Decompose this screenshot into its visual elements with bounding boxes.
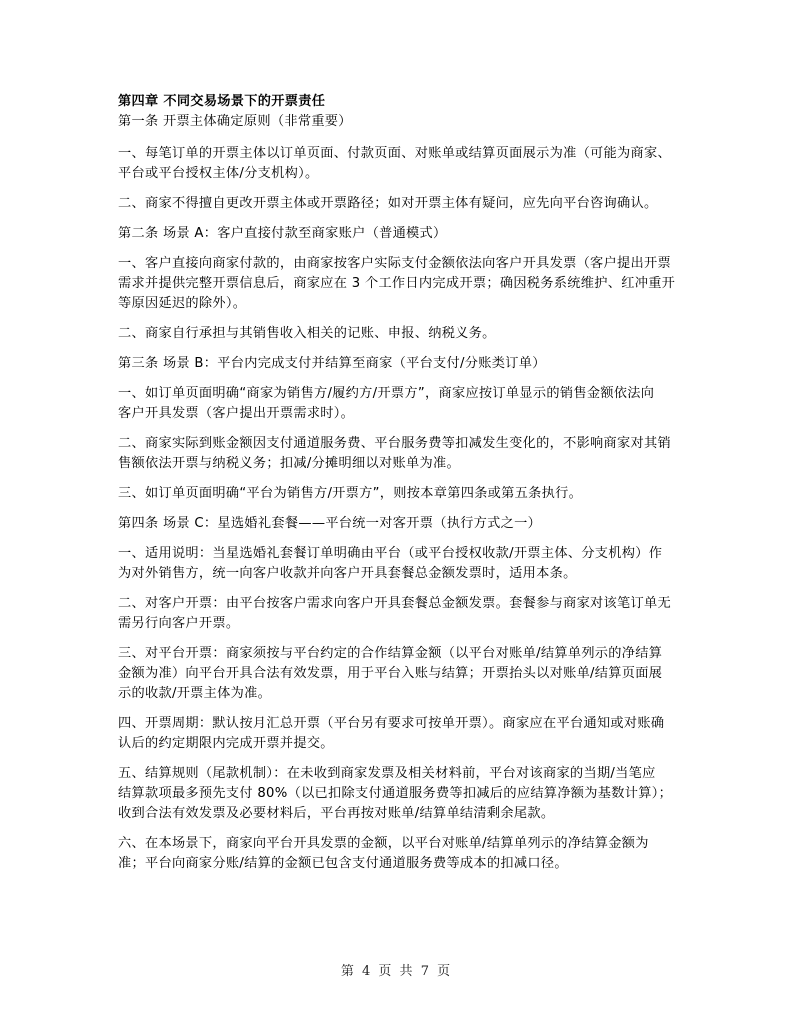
paragraph: 二、商家实际到账金额因支付通道服务费、平台服务费等扣减发生变化的，不影响商家对其… (118, 434, 670, 474)
paragraph-line: 收到合法有效发票及必要材料后，平台再按对账单/结算单结清剩余尾款。 (118, 804, 670, 824)
paragraph: 五、结算规则（尾款机制）：在未收到商家发票及相关材料前，平台对该商家的当期/当笔… (118, 764, 670, 824)
chapter-title: 第四章 不同交易场景下的开票责任 (118, 92, 670, 112)
paragraph-line: 五、结算规则（尾款机制）：在未收到商家发票及相关材料前，平台对该商家的当期/当笔… (118, 764, 670, 784)
paragraph-line: 一、客户直接向商家付款的，由商家按客户实际支付金额依法向客户开具发票（客户提出开… (118, 254, 670, 274)
paragraph-line: 二、商家实际到账金额因支付通道服务费、平台服务费等扣减发生变化的，不影响商家对其… (118, 434, 670, 454)
paragraph: 三、如订单页面明确“平台为销售方/开票方”，则按本章第四条或第五条执行。 (118, 484, 670, 504)
paragraph: 二、对客户开票：由平台按客户需求向客户开具套餐总金额发票。套餐参与商家对该笔订单… (118, 594, 670, 634)
paragraph-line: 客户开具发票（客户提出开票需求时）。 (118, 404, 670, 424)
paragraph-line: 三、对平台开票：商家须按与平台约定的合作结算金额（以平台对账单/结算单列示的净结… (118, 644, 670, 664)
paragraph-line: 等原因延迟的除外）。 (118, 294, 670, 314)
paragraph: 二、商家自行承担与其销售收入相关的记账、申报、纳税义务。 (118, 324, 670, 344)
paragraph: 一、每笔订单的开票主体以订单页面、付款页面、对账单或结算页面展示为准（可能为商家… (118, 144, 670, 184)
paragraph-line: 二、对客户开票：由平台按客户需求向客户开具套餐总金额发票。套餐参与商家对该笔订单… (118, 594, 670, 614)
paragraph-line: 认后的约定期限内完成开票并提交。 (118, 734, 670, 754)
paragraph-line: 结算款项最多预先支付 80%（以已扣除支付通道服务费等扣减后的应结算净额为基数计… (118, 784, 670, 804)
page-number-footer: 第 4 页 共 7 页 (0, 960, 791, 979)
paragraph: 六、在本场景下，商家向平台开具发票的金额，以平台对账单/结算单列示的净结算金额为… (118, 834, 670, 874)
section-heading: 第三条 场景 B：平台内完成支付并结算至商家（平台支付/分账类订单） (118, 354, 670, 374)
paragraph: 三、对平台开票：商家须按与平台约定的合作结算金额（以平台对账单/结算单列示的净结… (118, 644, 670, 704)
paragraph-line: 六、在本场景下，商家向平台开具发票的金额，以平台对账单/结算单列示的净结算金额为 (118, 834, 670, 854)
section-heading: 第一条 开票主体确定原则（非常重要） (118, 112, 670, 132)
paragraph-line: 需另行向客户开票。 (118, 614, 670, 634)
paragraph: 四、开票周期：默认按月汇总开票（平台另有要求可按单开票）。商家应在平台通知或对账… (118, 714, 670, 754)
paragraph: 一、如订单页面明确“商家为销售方/履约方/开票方”，商家应按订单显示的销售金额依… (118, 384, 670, 424)
paragraph-line: 四、开票周期：默认按月汇总开票（平台另有要求可按单开票）。商家应在平台通知或对账… (118, 714, 670, 734)
section-heading: 第四条 场景 C：星选婚礼套餐——平台统一对客开票（执行方式之一） (118, 514, 670, 534)
paragraph-line: 一、如订单页面明确“商家为销售方/履约方/开票方”，商家应按订单显示的销售金额依… (118, 384, 670, 404)
paragraph-line: 示的收款/开票主体为准。 (118, 684, 670, 704)
paragraph-line: 为对外销售方，统一向客户收款并向客户开具套餐总金额发票时，适用本条。 (118, 564, 670, 584)
paragraph: 二、商家不得擅自更改开票主体或开票路径；如对开票主体有疑问，应先向平台咨询确认。 (118, 194, 670, 214)
paragraph-line: 一、适用说明：当星选婚礼套餐订单明确由平台（或平台授权收款/开票主体、分支机构）… (118, 544, 670, 564)
paragraph-line: 二、商家不得擅自更改开票主体或开票路径；如对开票主体有疑问，应先向平台咨询确认。 (118, 194, 670, 214)
paragraph: 一、适用说明：当星选婚礼套餐订单明确由平台（或平台授权收款/开票主体、分支机构）… (118, 544, 670, 584)
paragraph-line: 三、如订单页面明确“平台为销售方/开票方”，则按本章第四条或第五条执行。 (118, 484, 670, 504)
paragraph-line: 一、每笔订单的开票主体以订单页面、付款页面、对账单或结算页面展示为准（可能为商家… (118, 144, 670, 164)
paragraph-line: 金额为准）向平台开具合法有效发票，用于平台入账与结算；开票抬头以对账单/结算页面… (118, 664, 670, 684)
paragraph: 一、客户直接向商家付款的，由商家按客户实际支付金额依法向客户开具发票（客户提出开… (118, 254, 670, 314)
section-heading: 第二条 场景 A：客户直接付款至商家账户（普通模式） (118, 224, 670, 244)
paragraph-line: 二、商家自行承担与其销售收入相关的记账、申报、纳税义务。 (118, 324, 670, 344)
document-page: 第四章 不同交易场景下的开票责任 第一条 开票主体确定原则（非常重要） 一、每笔… (118, 92, 670, 884)
paragraph-line: 需求并提供完整开票信息后，商家应在 3 个工作日内完成开票；确因税务系统维护、红… (118, 274, 670, 294)
paragraph-line: 售额依法开票与纳税义务；扣减/分摊明细以对账单为准。 (118, 454, 670, 474)
paragraph-line: 准；平台向商家分账/结算的金额已包含支付通道服务费等成本的扣减口径。 (118, 854, 670, 874)
paragraph-line: 平台或平台授权主体/分支机构）。 (118, 164, 670, 184)
